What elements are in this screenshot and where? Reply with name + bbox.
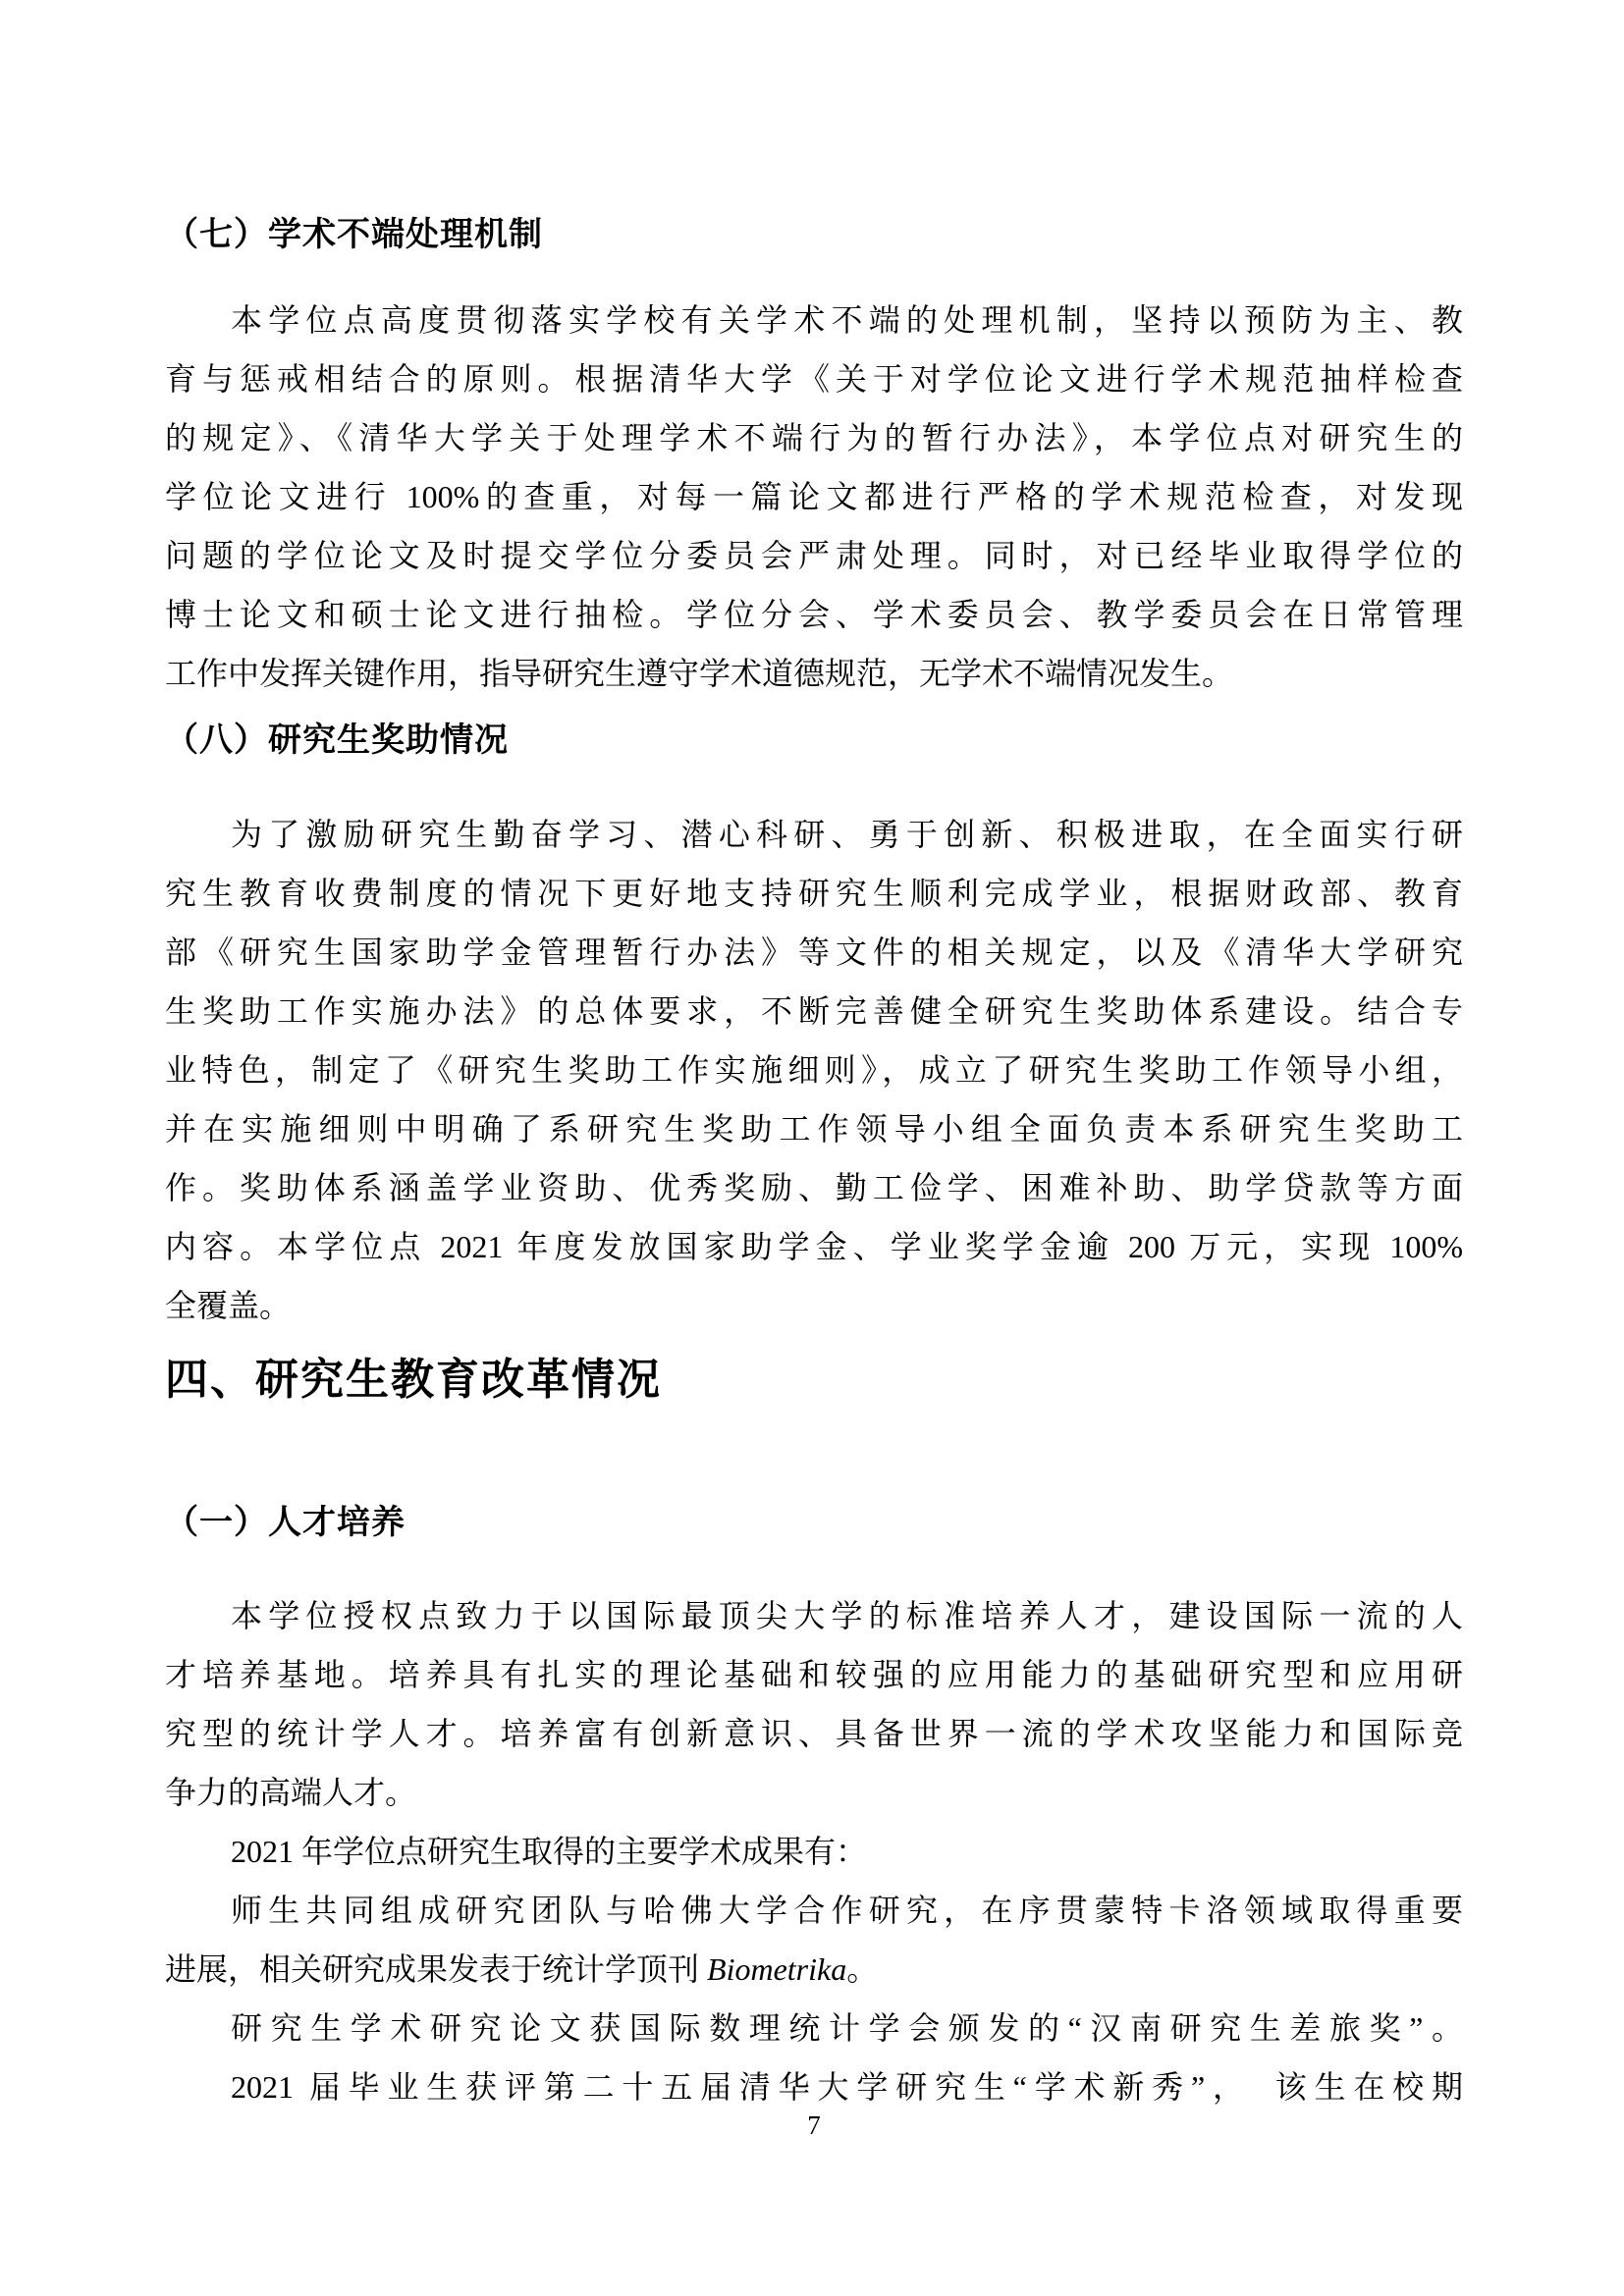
paragraph-line: 内容。本学位点 2021 年度发放国家助学金、学业奖学金逾 200 万元，实现 … — [165, 1217, 1463, 1276]
paragraph-line: 2021 年学位点研究生取得的主要学术成果有： — [165, 1822, 1463, 1881]
paragraph-line: 博士论文和硕士论文进行抽检。学位分会、学术委员会、教学委员会在日常管理 — [165, 585, 1463, 644]
paragraph-line: 研究生学术研究论文获国际数理统计学会颁发的“汉南研究生差旅奖”。 — [165, 1999, 1463, 2057]
paragraph-talent: 本学位授权点致力于以国际最顶尖大学的标准培养人才，建设国际一流的人 才培养基地。… — [165, 1586, 1463, 1822]
paragraph-line: 本学位点高度贯彻落实学校有关学术不端的处理机制，坚持以预防为主、教 — [165, 291, 1463, 349]
page-number: 7 — [165, 2106, 1463, 2145]
paragraph-line: 的规定》、《清华大学关于处理学术不端行为的暂行办法》，本学位点对研究生的 — [165, 408, 1463, 467]
section-heading-talent-cultivation: （一）人才培养 — [165, 1502, 1463, 1544]
paragraph-line: 究生教育收费制度的情况下更好地支持研究生顺利完成学业，根据财政部、教育 — [165, 864, 1463, 923]
paragraph-line: 究型的统计学人才。培养富有创新意识、具备世界一流的学术攻坚能力和国际竞 — [165, 1704, 1463, 1763]
paragraph-line: 学位论文进行 100%的查重，对每一篇论文都进行严格的学术规范检查，对发现 — [165, 467, 1463, 526]
paragraph-line: 部《研究生国家助学金管理暂行办法》等文件的相关规定，以及《清华大学研究 — [165, 923, 1463, 982]
paragraph-award: 研究生学术研究论文获国际数理统计学会颁发的“汉南研究生差旅奖”。 — [165, 1999, 1463, 2057]
paragraph-harvard: 师生共同组成研究团队与哈佛大学合作研究，在序贯蒙特卡洛领域取得重要 进展，相关研… — [165, 1881, 1463, 1999]
paragraph-line: 业特色，制定了《研究生奖助工作实施细则》，成立了研究生奖助工作领导小组， — [165, 1041, 1463, 1099]
section-heading-misconduct: （七）学术不端处理机制 — [165, 214, 1463, 256]
chapter-heading-education-reform: 四、研究生教育改革情况 — [165, 1353, 1463, 1407]
paragraph-line: 并在实施细则中明确了系研究生奖助工作领导小组全面负责本系研究生奖助工 — [165, 1099, 1463, 1158]
paragraph-text: 进展，相关研究成果发表于统计学顶刊 — [165, 1951, 707, 1987]
paragraph-text: 。 — [846, 1951, 878, 1987]
paragraph-line: 作。奖助体系涵盖学业资助、优秀奖励、勤工俭学、困难补助、助学贷款等方面 — [165, 1158, 1463, 1217]
paragraph-line: 工作中发挥关键作用，指导研究生遵守学术道德规范，无学术不端情况发生。 — [165, 644, 1463, 703]
paragraph-misconduct: 本学位点高度贯彻落实学校有关学术不端的处理机制，坚持以预防为主、教 育与惩戒相结… — [165, 291, 1463, 703]
paragraph-line: 争力的高端人才。 — [165, 1763, 1463, 1822]
paragraph-funding: 为了激励研究生勤奋学习、潜心科研、勇于创新、积极进取，在全面实行研 究生教育收费… — [165, 805, 1463, 1335]
document-page: （七）学术不端处理机制 本学位点高度贯彻落实学校有关学术不端的处理机制，坚持以预… — [0, 0, 1624, 2296]
paragraph-line: 才培养基地。培养具有扎实的理论基础和较强的应用能力的基础研究型和应用研 — [165, 1645, 1463, 1704]
paragraph-line: 问题的学位论文及时提交学位分委员会严肃处理。同时，对已经毕业取得学位的 — [165, 526, 1463, 585]
paragraph-line: 为了激励研究生勤奋学习、潜心科研、勇于创新、积极进取，在全面实行研 — [165, 805, 1463, 864]
journal-name: Biometrika — [707, 1951, 846, 1987]
paragraph-line: 生奖助工作实施办法》的总体要求，不断完善健全研究生奖助体系建设。结合专 — [165, 982, 1463, 1041]
paragraph-line: 全覆盖。 — [165, 1276, 1463, 1335]
paragraph-line: 育与惩戒相结合的原则。根据清华大学《关于对学位论文进行学术规范抽样检查 — [165, 349, 1463, 408]
paragraph-line: 师生共同组成研究团队与哈佛大学合作研究，在序贯蒙特卡洛领域取得重要 — [165, 1881, 1463, 1940]
paragraph-line: 本学位授权点致力于以国际最顶尖大学的标准培养人才，建设国际一流的人 — [165, 1586, 1463, 1645]
section-heading-funding: （八）研究生奖助情况 — [165, 720, 1463, 762]
paragraph-line: 进展，相关研究成果发表于统计学顶刊 Biometrika。 — [165, 1940, 1463, 1999]
paragraph-achievements-intro: 2021 年学位点研究生取得的主要学术成果有： — [165, 1822, 1463, 1881]
